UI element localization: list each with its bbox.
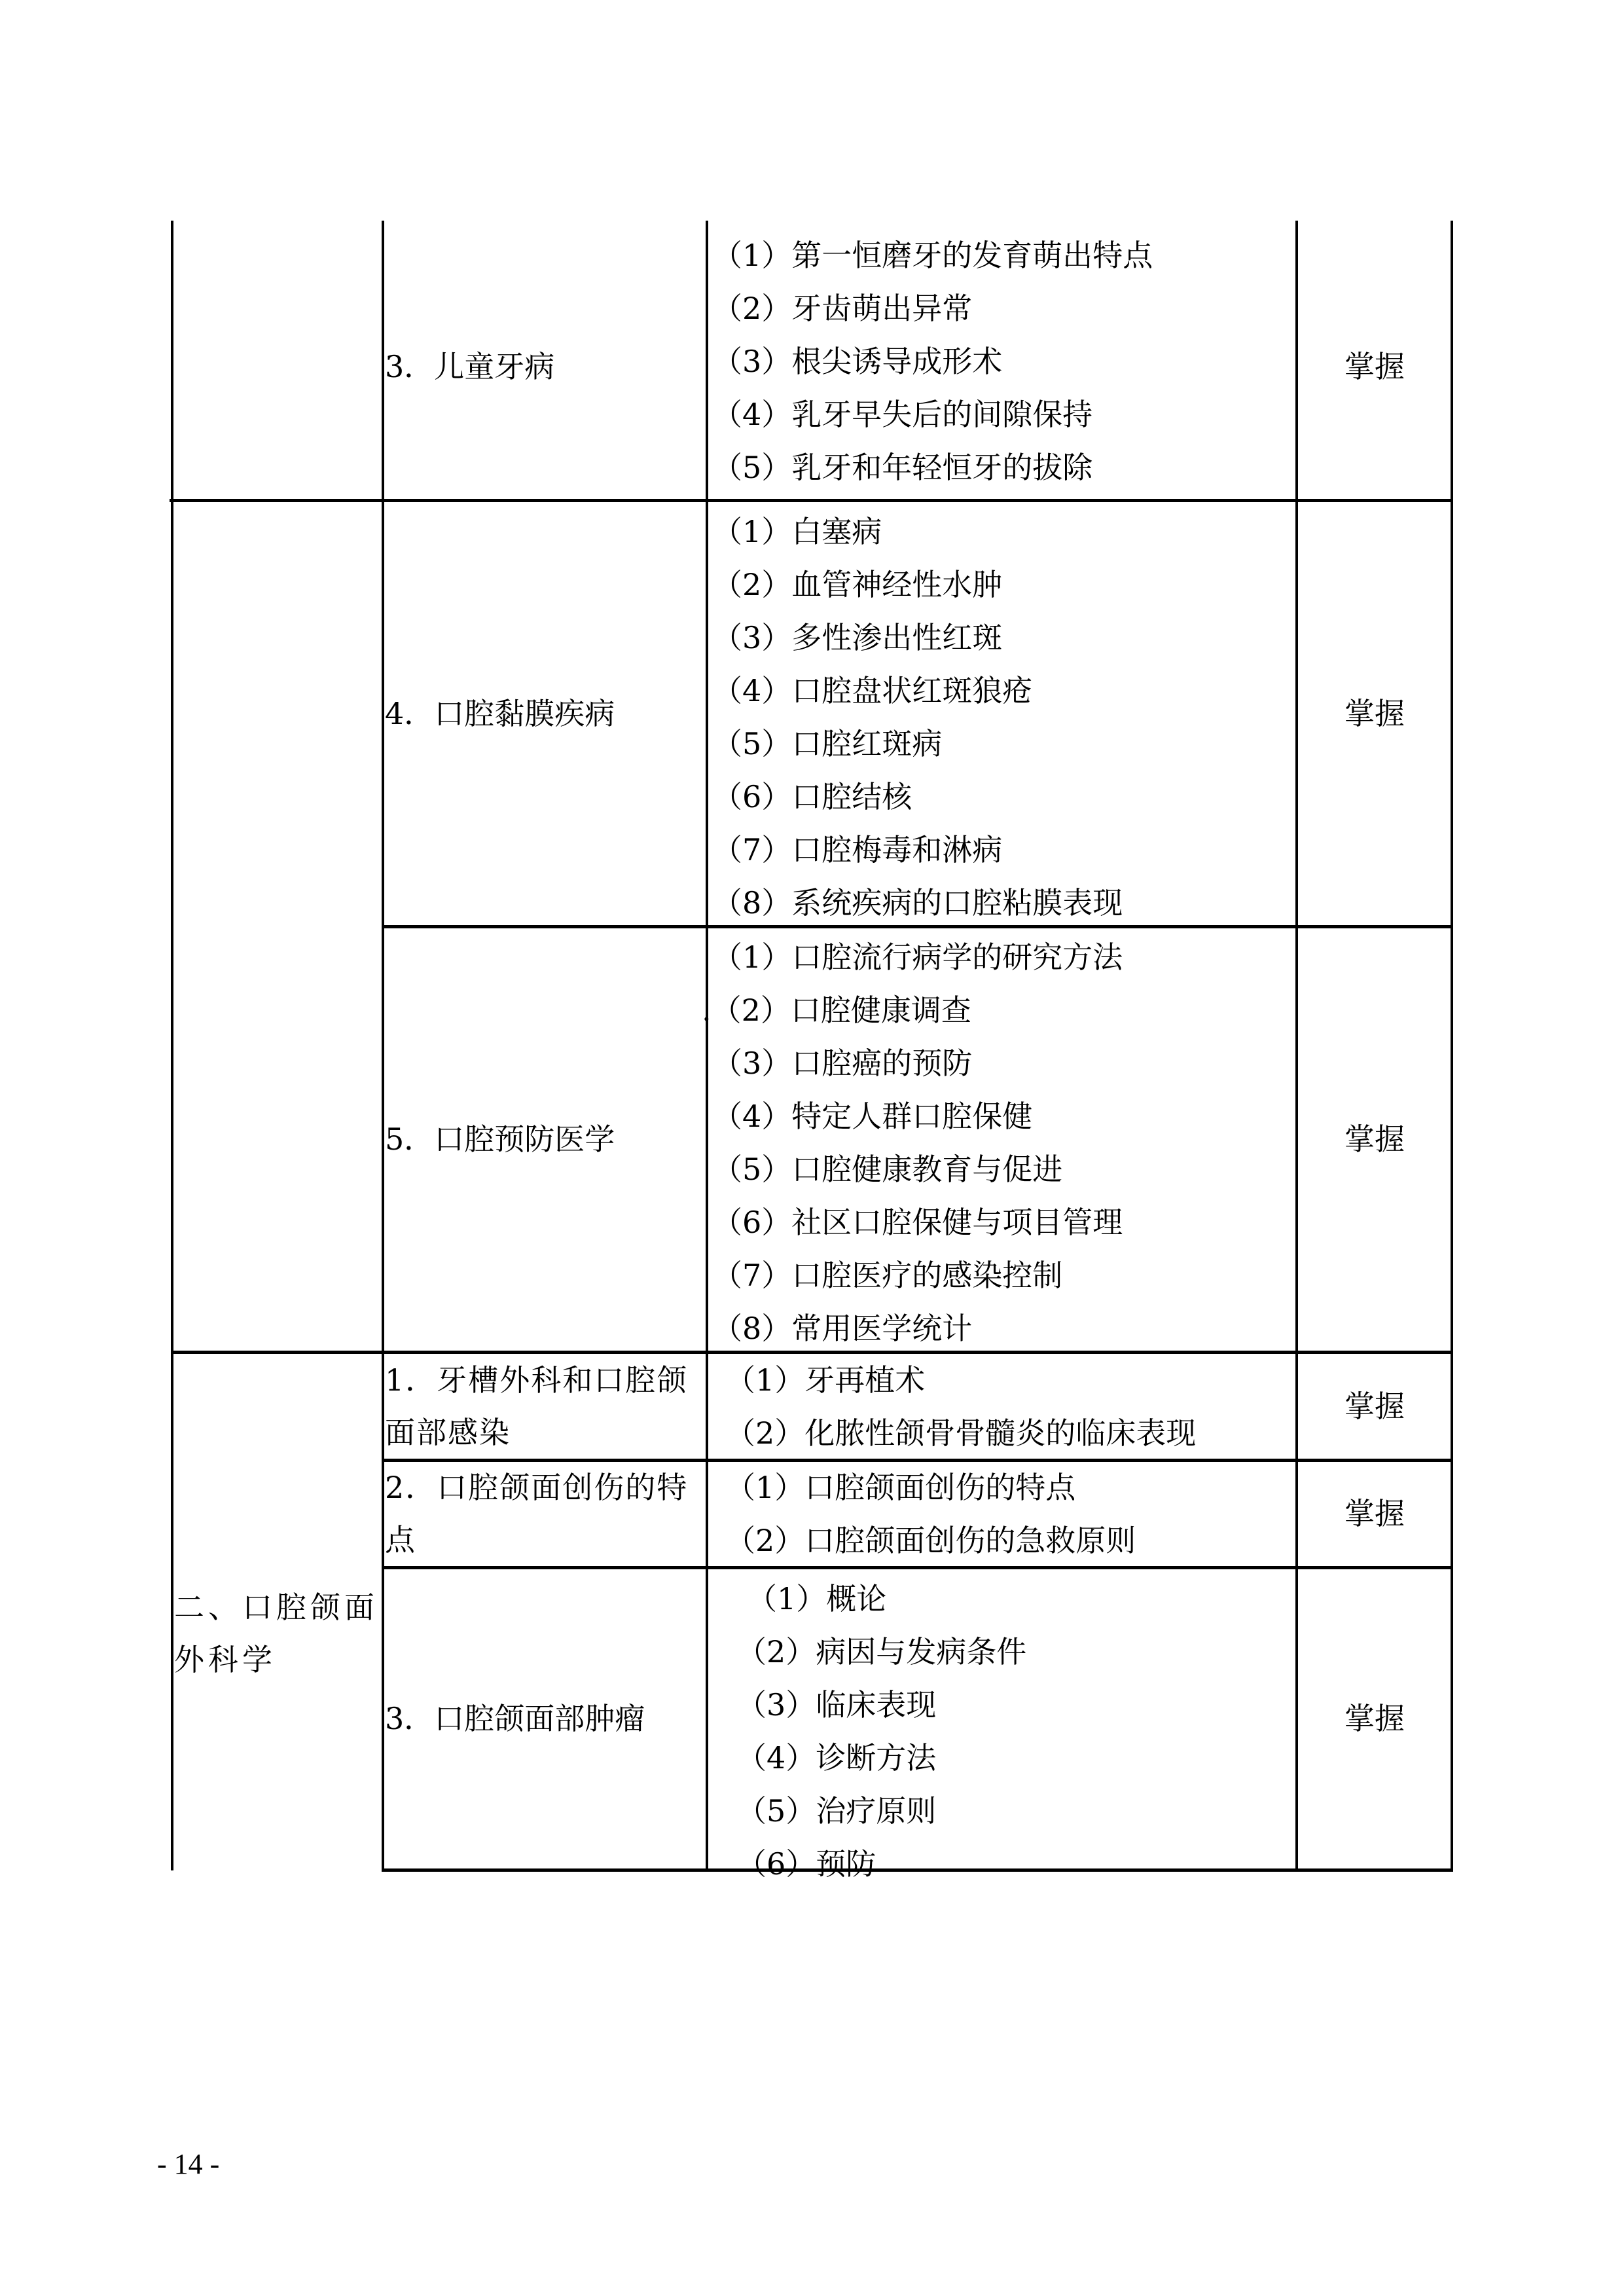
topic-cell: 5．口腔预防医学 — [385, 1113, 706, 1165]
list-item: （4）特定人群口腔保健 — [702, 1090, 1123, 1143]
content-list: （1）口腔流行病学的研究方法 .（2）口腔健康调查 （3）口腔癌的预防 （4）特… — [702, 931, 1123, 1355]
list-item: .（2）口腔健康调查 — [702, 984, 1123, 1037]
list-item: （7）口腔梅毒和淋病 — [712, 824, 1123, 877]
content-list: （1）概论 （2）病因与发病条件 （3）临床表现 （4）诊断方法 （5）治疗原则… — [736, 1573, 1026, 1891]
content-list: （1）白塞病 （2）血管神经性水肿 （3）多性渗出性红斑 （4）口腔盘状红斑狼疮… — [712, 505, 1123, 930]
content-list: （1）牙再植术 （2）化脓性颌骨骨髓炎的临床表现 — [725, 1354, 1196, 1460]
list-item: （5）治疗原则 — [736, 1785, 1026, 1838]
list-item: （7）口腔医疗的感染控制 — [702, 1249, 1123, 1302]
list-item: （1）口腔颌面创伤的特点 — [725, 1461, 1136, 1514]
list-item: （1）白塞病 — [712, 505, 1123, 558]
list-item: （4）乳牙早失后的间隙保持 — [712, 388, 1153, 441]
content-list: （1）口腔颌面创伤的特点 （2）口腔颌面创伤的急救原则 — [725, 1461, 1136, 1567]
row-divider — [170, 499, 1453, 502]
list-item: （2）病因与发病条件 — [736, 1626, 1026, 1679]
list-item: （1）口腔流行病学的研究方法 — [702, 931, 1123, 984]
list-item: （3）多性渗出性红斑 — [712, 611, 1123, 665]
content-list: （1）第一恒磨牙的发育萌出特点 （2）牙齿萌出异常 （3）根尖诱导成形术 （4）… — [712, 229, 1153, 494]
requirement-cell: 掌握 — [1297, 687, 1453, 740]
requirement-cell: 掌握 — [1297, 340, 1453, 393]
list-item: （2）血管神经性水肿 — [712, 558, 1123, 611]
list-item: （8）常用医学统计 — [702, 1302, 1123, 1355]
list-item: （3）临床表现 — [736, 1679, 1026, 1732]
list-item: （2）牙齿萌出异常 — [712, 282, 1153, 335]
topic-cell: 4．口腔黏膜疾病 — [385, 687, 706, 740]
list-item: （2）口腔颌面创伤的急救原则 — [725, 1514, 1136, 1567]
category-cell: 二、口腔颌面外科学 — [174, 1581, 384, 1686]
list-item: （3）口腔癌的预防 — [702, 1037, 1123, 1090]
document-page: 3．儿童牙病 （1）第一恒磨牙的发育萌出特点 （2）牙齿萌出异常 （3）根尖诱导… — [0, 0, 1624, 2296]
list-item: （5）口腔健康教育与促进 — [702, 1143, 1123, 1196]
list-item: （1）牙再植术 — [725, 1354, 1196, 1407]
list-item: （8）系统疾病的口腔粘膜表现 — [712, 877, 1123, 930]
list-item: （6）口腔结核 — [712, 771, 1123, 824]
list-item: （4）口腔盘状红斑狼疮 — [712, 665, 1123, 718]
page-number: - 14 - — [157, 2145, 219, 2184]
requirement-cell: 掌握 — [1297, 1113, 1453, 1165]
list-item: （4）诊断方法 — [736, 1732, 1026, 1785]
list-item: （5）乳牙和年轻恒牙的拔除 — [712, 441, 1153, 494]
list-item: （6）预防 — [736, 1838, 1026, 1891]
requirement-cell: 掌握 — [1297, 1380, 1453, 1432]
topic-cell: 3．口腔颌面部肿瘤 — [385, 1692, 706, 1745]
column-divider-requirement — [1295, 221, 1298, 1872]
list-item: （1）第一恒磨牙的发育萌出特点 — [712, 229, 1153, 282]
list-item: （6）社区口腔保健与项目管理 — [702, 1196, 1123, 1249]
list-item: （1）概论 — [736, 1573, 1026, 1626]
table-right-border — [1451, 221, 1453, 1872]
table-left-border — [171, 221, 173, 1870]
list-item: （5）口腔红斑病 — [712, 718, 1123, 771]
list-item: （3）根尖诱导成形术 — [712, 335, 1153, 388]
list-item: （2）化脓性颌骨骨髓炎的临床表现 — [725, 1407, 1196, 1460]
requirement-cell: 掌握 — [1297, 1487, 1453, 1540]
topic-cell: 2．口腔颌面创伤的特点 — [385, 1461, 706, 1566]
requirement-cell: 掌握 — [1297, 1692, 1453, 1745]
topic-cell: 3．儿童牙病 — [385, 340, 706, 393]
topic-cell: 1．牙槽外科和口腔颌面部感染 — [385, 1354, 706, 1459]
